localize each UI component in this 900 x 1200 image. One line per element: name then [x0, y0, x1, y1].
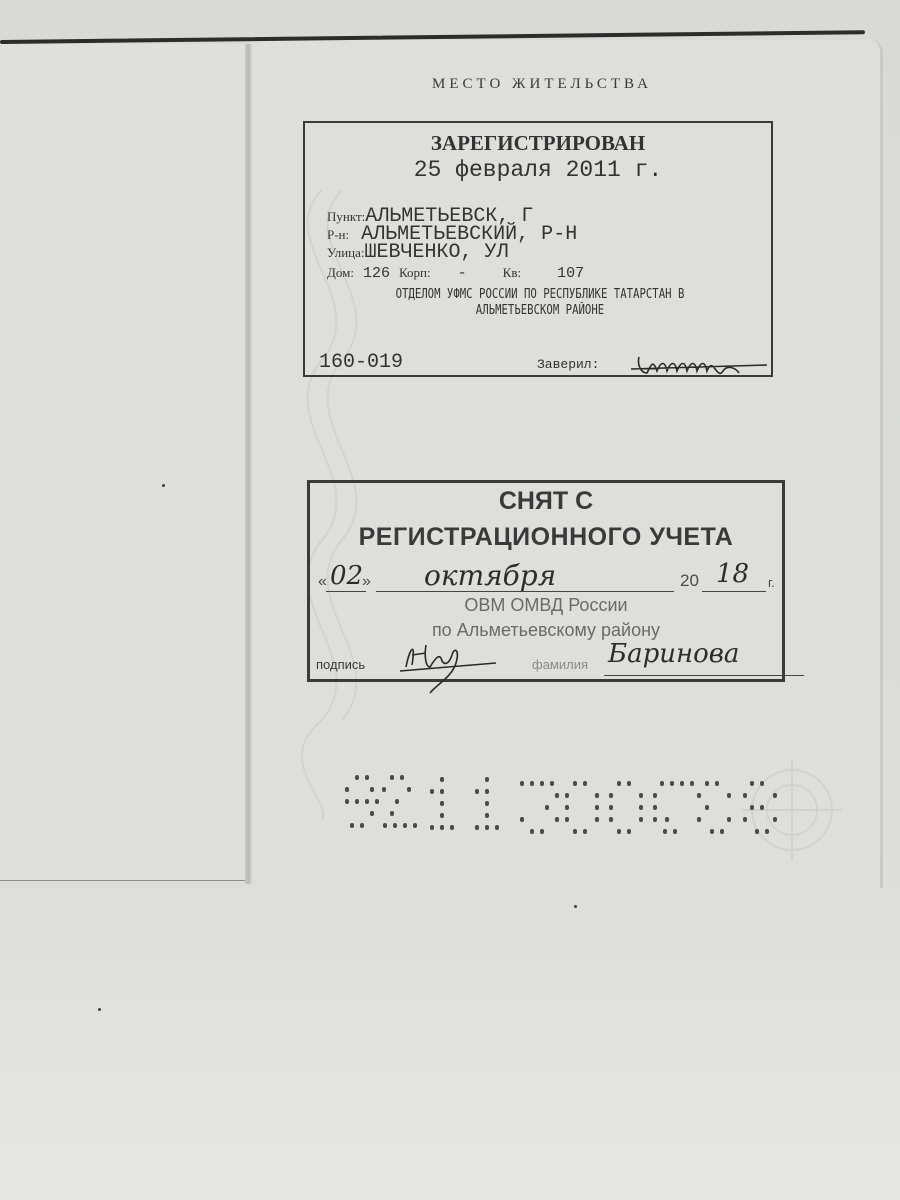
year-suffix: 18	[716, 559, 749, 589]
month-underline	[376, 591, 674, 592]
street-label: Улица:	[327, 245, 365, 260]
deregistration-title-line-2: РЕГИСТРАЦИОННОГО УЧЕТА	[310, 523, 782, 552]
year-unit: г.	[768, 575, 775, 590]
close-quote: »	[362, 573, 371, 591]
registration-stamp: ЗАРЕГИСТРИРОВАН 25 февраля 2011 г. Пункт…	[303, 121, 773, 377]
dust-speck	[574, 905, 577, 908]
day-underline	[326, 591, 366, 592]
year-underline	[702, 591, 766, 592]
office-line-1: ОТДЕЛОМ УФМС РОССИИ ПО РЕСПУБЛИКЕ ТАТАРС…	[357, 287, 723, 303]
deregistration-month: октября	[424, 559, 556, 592]
office-line-2: АЛЬМЕТЬЕВСКОМ РАЙОНЕ	[357, 303, 723, 319]
rayon-label: Р-н:	[327, 227, 349, 242]
signature-label: подпись	[316, 657, 365, 672]
dust-speck	[162, 484, 165, 487]
department-code: 160-019	[319, 351, 403, 374]
registration-date: 25 февраля 2011 г.	[305, 157, 771, 183]
deregistration-date-line: « 02 » октября 20 18 г.	[316, 561, 778, 595]
page-gutter	[245, 44, 252, 884]
deregistration-title-line-1: СНЯТ С	[310, 487, 782, 516]
registration-title: ЗАРЕГИСТРИРОВАН	[305, 131, 771, 156]
kv-value: 107	[557, 265, 584, 282]
korp-label: Корп:	[399, 265, 431, 280]
deregistration-stamp: СНЯТ С РЕГИСТРАЦИОННОГО УЧЕТА « 02 » окт…	[307, 480, 785, 682]
certifier-signature	[627, 351, 777, 381]
surname-label: фамилия	[532, 657, 588, 672]
open-quote: «	[318, 573, 327, 591]
page-header-title: МЕСТО ЖИТЕЛЬСТВА	[432, 76, 722, 93]
org-line-2: по Альметьевскому району	[310, 620, 782, 641]
deregistration-day: 02	[330, 561, 363, 591]
signature-row: подпись фамилия Баринова	[316, 649, 778, 679]
house-row: Дом: 126 Корп: - Кв: 107	[327, 263, 584, 284]
left-page	[0, 44, 245, 881]
punkt-label: Пункт:	[327, 209, 365, 224]
kv-label: Кв:	[503, 265, 521, 280]
house-value: 126	[363, 265, 390, 282]
surname-underline	[604, 675, 804, 676]
street-value: ШЕВЧЕНКО, УЛ	[365, 241, 509, 264]
org-line-1: ОВМ ОМВД России	[310, 595, 782, 616]
house-label: Дом:	[327, 265, 354, 280]
year-prefix: 20	[680, 571, 699, 591]
official-signature	[396, 637, 506, 697]
dust-speck	[98, 1008, 101, 1011]
korp-value: -	[458, 265, 467, 282]
surname-handwritten: Баринова	[608, 639, 739, 669]
street-row: Улица:ШЕВЧЕНКО, УЛ	[327, 243, 509, 263]
certified-label: Заверил:	[537, 357, 599, 372]
